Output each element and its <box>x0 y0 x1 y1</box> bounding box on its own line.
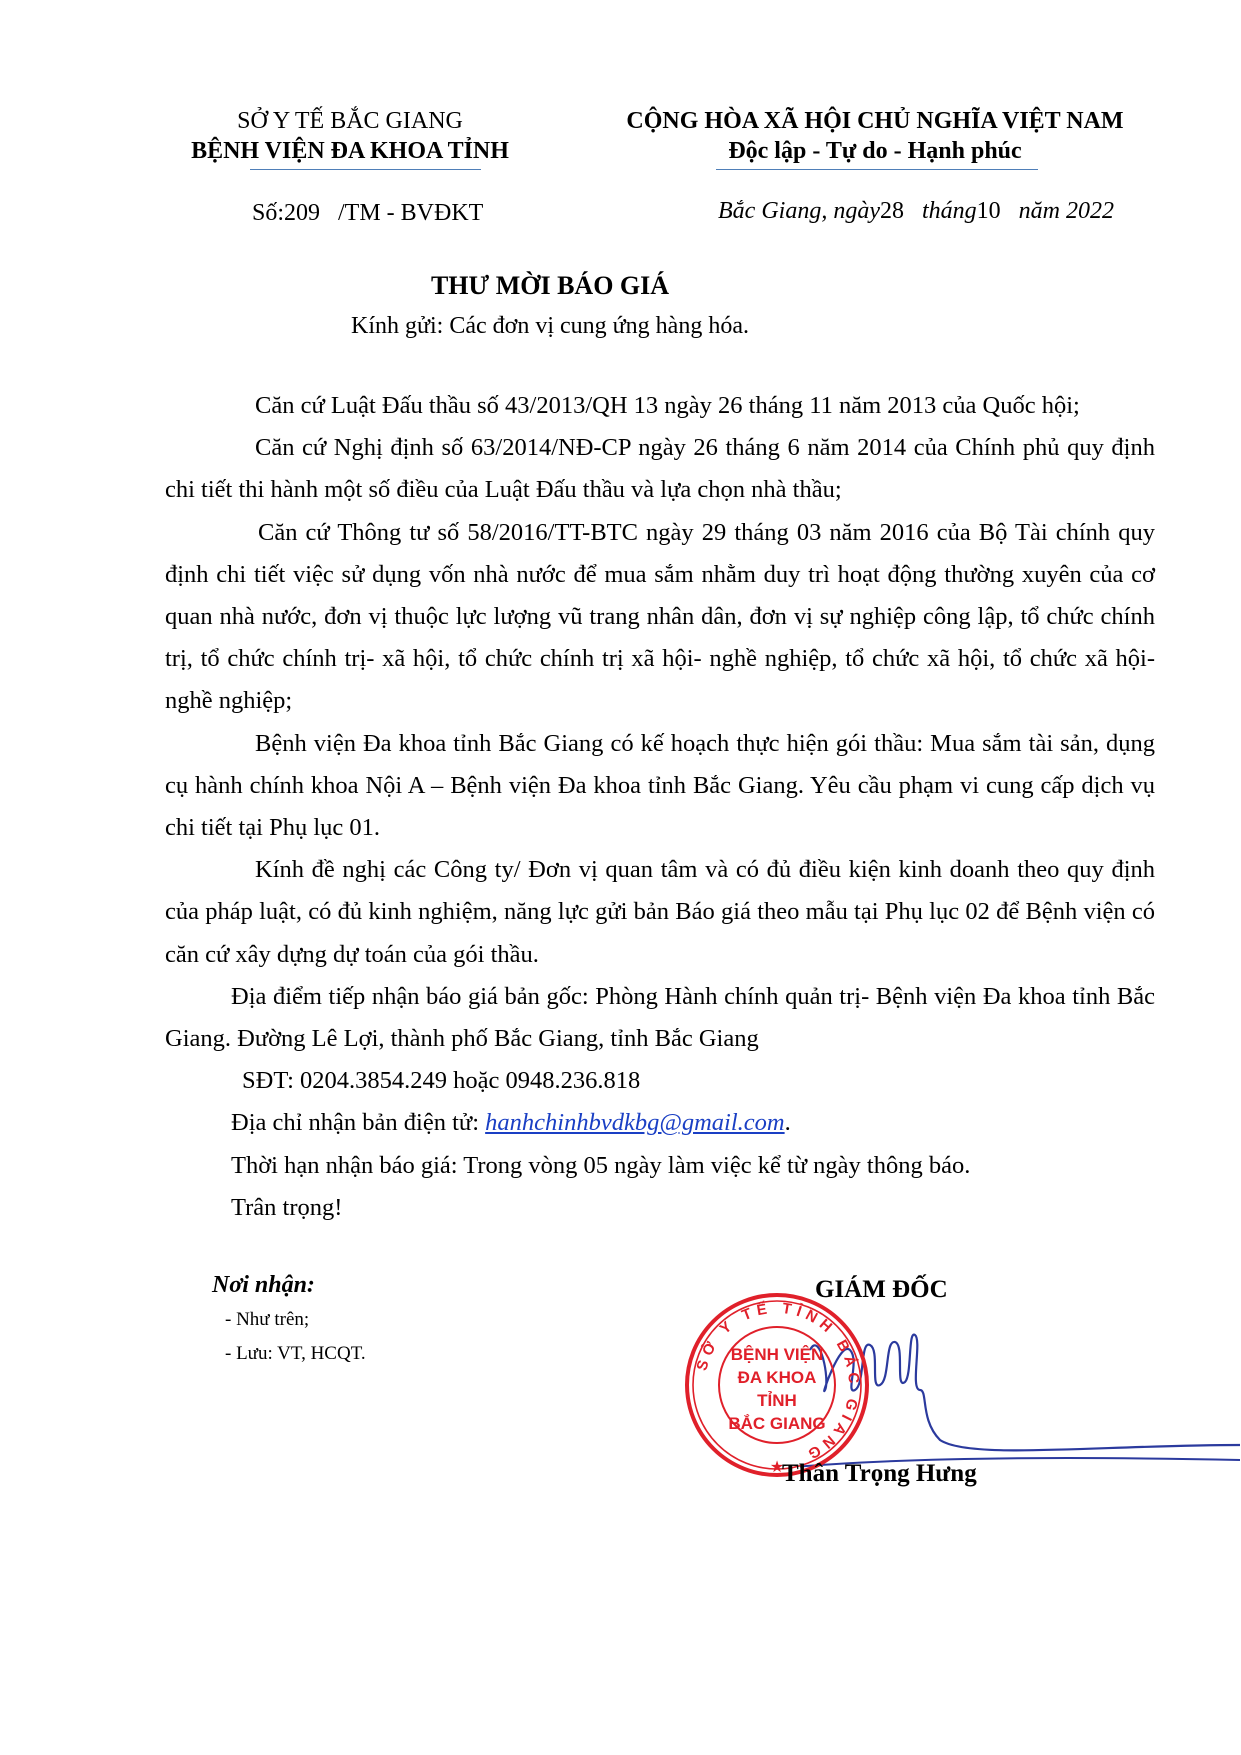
email-line: Địa chỉ nhận bản điện tử: hanhchinhbvdkb… <box>165 1102 1155 1144</box>
paragraph-address: Địa điểm tiếp nhận báo giá bản gốc: Phòn… <box>165 976 1155 1060</box>
stamp-inner-text: BỆNH VIỆN ĐA KHOA TỈNH BẮC GIANG <box>728 1345 825 1433</box>
svg-text:ĐA KHOA: ĐA KHOA <box>738 1368 817 1387</box>
svg-text:TỈNH: TỈNH <box>757 1391 797 1410</box>
nation-name: CỘNG HÒA XÃ HỘI CHỦ NGHĨA VIỆT NAM <box>560 106 1190 136</box>
date-place: Bắc Giang, ngày <box>718 198 880 224</box>
agency-name: SỞ Y TẾ BẮC GIANG <box>150 106 550 136</box>
recipients-block: Nơi nhận: - Như trên; - Lưu: VT, HCQT. <box>212 1272 366 1371</box>
official-red-stamp: SỞ Y TẾ TỈNH BẮC GIANG ★ BỆNH VIỆN ĐA KH… <box>682 1290 872 1480</box>
document-body: Căn cứ Luật Đấu thầu số 43/2013/QH 13 ng… <box>165 385 1155 1229</box>
hospital-name: BỆNH VIỆN ĐA KHOA TỈNH <box>150 136 550 166</box>
date-year: năm 2022 <box>1019 198 1114 224</box>
email-suffix: . <box>785 1109 791 1136</box>
email-link[interactable]: hanhchinhbvdkbg@gmail.com <box>485 1109 784 1136</box>
header-left-underline <box>250 169 481 170</box>
svg-text:BỆNH VIỆN: BỆNH VIỆN <box>731 1345 824 1364</box>
reference-number: Số:209 /TM - BVĐKT <box>252 200 483 227</box>
paragraph-legal-basis-3: Căn cứ Thông tư số 58/2016/TT-BTC ngày 2… <box>165 512 1155 723</box>
national-motto: Độc lập - Tự do - Hạnh phúc <box>560 136 1190 166</box>
paragraph-package: Bệnh viện Đa khoa tỉnh Bắc Giang có kế h… <box>165 723 1155 850</box>
phone-line: SĐT: 0204.3854.249 hoặc 0948.236.818 <box>165 1060 1155 1102</box>
header-right-underline <box>716 169 1038 170</box>
national-title: CỘNG HÒA XÃ HỘI CHỦ NGHĨA VIỆT NAM Độc l… <box>560 106 1190 166</box>
document-title: THƯ MỜI BÁO GIÁ <box>0 271 1100 301</box>
paragraph-legal-basis-1: Căn cứ Luật Đấu thầu số 43/2013/QH 13 ng… <box>165 385 1155 427</box>
issuing-authority: SỞ Y TẾ BẮC GIANG BỆNH VIỆN ĐA KHOA TỈNH <box>150 106 550 166</box>
greeting: Kính gửi: Các đơn vị cung ứng hàng hóa. <box>0 313 1100 340</box>
recipient-item: - Lưu: VT, HCQT. <box>212 1337 366 1371</box>
paragraph-legal-basis-2: Căn cứ Nghị định số 63/2014/NĐ-CP ngày 2… <box>165 427 1155 511</box>
date-month-label: tháng <box>922 198 977 224</box>
date-day: 28 <box>880 198 904 224</box>
date-line: Bắc Giang, ngày28 tháng10 năm 2022 <box>718 198 1114 225</box>
signature-stroke <box>810 1335 1240 1451</box>
date-month: 10 <box>977 198 1001 224</box>
email-label: Địa chỉ nhận bản điện tử: <box>231 1109 485 1136</box>
recipients-heading: Nơi nhận: <box>212 1272 366 1299</box>
deadline-line: Thời hạn nhận báo giá: Trong vòng 05 ngà… <box>165 1145 1155 1187</box>
svg-text:BẮC GIANG: BẮC GIANG <box>728 1414 825 1433</box>
paragraph-request: Kính đề nghị các Công ty/ Đơn vị quan tâ… <box>165 849 1155 976</box>
closing-line: Trân trọng! <box>165 1187 1155 1229</box>
recipient-item: - Như trên; <box>212 1303 366 1337</box>
signer-name: Thân Trọng Hưng <box>782 1460 977 1488</box>
